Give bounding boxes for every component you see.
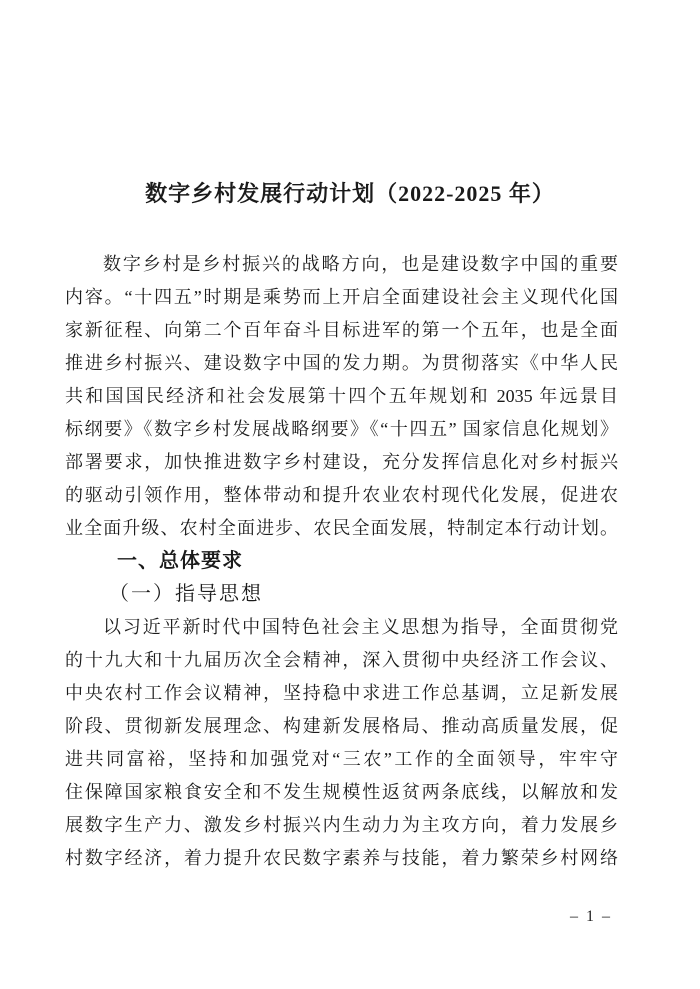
guiding-paragraph-line: 以习近平新时代中国特色社会主义思想为指导，全面贯彻党 (65, 611, 618, 644)
intro-paragraph-line: 部署要求，加快推进数字乡村建设，充分发挥信息化对乡村振兴 (65, 446, 618, 479)
guiding-paragraph-line: 中央农村工作会议精神，坚持稳中求进工作总基调，立足新发展 (65, 677, 618, 710)
guiding-paragraph-line: 住保障国家粮食安全和不发生规模性返贫两条底线，以解放和发 (65, 776, 618, 809)
guiding-paragraph-line: 展数字生产力、激发乡村振兴内生动力为主攻方向，着力发展乡 (65, 809, 618, 842)
subsection-heading-guiding-ideology: （一）指导思想 (65, 578, 618, 611)
intro-paragraph-line: 业全面升级、农村全面进步、农民全面发展，特制定本行动计划。 (65, 512, 618, 545)
intro-paragraph-line: 内容。“十四五”时期是乘势而上开启全面建设社会主义现代化国 (65, 281, 618, 314)
intro-paragraph-line: 数字乡村是乡村振兴的战略方向，也是建设数字中国的重要 (65, 248, 618, 281)
document-title: 数字乡村发展行动计划（2022-2025 年） (0, 178, 700, 210)
guiding-paragraph-line: 的十九大和十九届历次全会精神，深入贯彻中央经济工作会议、 (65, 644, 618, 677)
intro-paragraph-line: 家新征程、向第二个百年奋斗目标进军的第一个五年，也是全面 (65, 314, 618, 347)
intro-paragraph-line: 标纲要》《数字乡村发展战略纲要》《“十四五” 国家信息化规划》 (65, 413, 618, 446)
intro-paragraph-line: 共和国国民经济和社会发展第十四个五年规划和 2035 年远景目 (65, 380, 618, 413)
intro-paragraph-line: 的驱动引领作用，整体带动和提升农业农村现代化发展，促进农 (65, 479, 618, 512)
page-number: – 1 – (570, 908, 612, 926)
document-page: 数字乡村发展行动计划（2022-2025 年） 数字乡村是乡村振兴的战略方向，也… (0, 0, 700, 989)
intro-paragraph-line: 推进乡村振兴、建设数字中国的发力期。为贯彻落实《中华人民 (65, 347, 618, 380)
guiding-paragraph-line: 阶段、贯彻新发展理念、构建新发展格局、推动高质量发展，促 (65, 710, 618, 743)
document-body: 数字乡村是乡村振兴的战略方向，也是建设数字中国的重要 内容。“十四五”时期是乘势… (65, 248, 618, 875)
guiding-paragraph-line: 村数字经济，着力提升农民数字素养与技能，着力繁荣乡村网络 (65, 842, 618, 875)
guiding-paragraph-line: 进共同富裕，坚持和加强党对“三农”工作的全面领导，牢牢守 (65, 743, 618, 776)
section-heading-overall-requirements: 一、总体要求 (65, 545, 618, 578)
